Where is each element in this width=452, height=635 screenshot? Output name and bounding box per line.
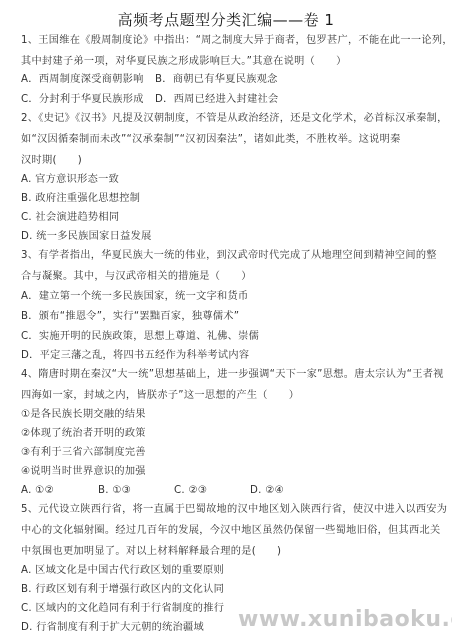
option-b[interactable]: B．商朝已有华夏民族观念 [155,73,278,87]
question-stem-line: 合与凝聚。其中，与汉武帝相关的措施是（ ） [21,270,252,284]
option-a[interactable]: A. 官方意识形态一致 [21,173,119,187]
option-d[interactable]: D．西周已经进入封建社会 [155,93,279,107]
document-title: 高频考点题型分类汇编——卷 1 [0,9,452,30]
option-c[interactable]: C. ②③ [174,484,207,498]
option-b[interactable]: B. ①③ [98,484,131,498]
document-page: 高频考点题型分类汇编——卷 1 1、王国维在《殷周制度论》中指出：“周之制度大异… [0,0,452,635]
question-stem-line: 中心的文化辐射圈。经过几百年的发展，今汉中地区虽然仍保留一些蜀地旧俗，但其西北关 [21,524,441,538]
statement-2: ②体现了统治者开明的政策 [21,427,146,441]
option-d[interactable]: D. 统一多民族国家日益发展 [21,230,152,244]
question-stem-line: 1、王国维在《殷周制度论》中指出：“周之制度大异于商者，包罗甚广，不能在此一一论… [21,34,452,48]
option-a[interactable]: A. ①② [21,484,54,498]
statement-3: ③有利于三省六部制度完善 [21,446,146,460]
option-c[interactable]: C. 社会演进趋势相同 [21,211,119,225]
question-stem-line: 如“汉因循秦制而未改”“汉承秦制”“汉初因秦法”，诸如此类，不胜枚举。这说明秦 [21,133,401,147]
option-c[interactable]: C．实施开明的民族政策，思想上尊道、礼佛、崇儒 [21,330,259,344]
option-a[interactable]: A. 区域文化是中国古代行政区划的重要原则 [21,564,224,578]
watermark: www.xunibaoku.com [238,607,452,632]
option-b[interactable]: B．颁布“推恩令”，实行“罢黜百家，独尊儒术” [21,310,239,324]
question-stem-line: 四海如一家，封域之内，皆朕赤子”这一思想的产生（ ） [21,389,299,403]
option-d[interactable]: D. ②④ [250,484,284,498]
question-stem-line: 汉时期( ) [21,154,82,168]
option-row: C．分封利于华夏民族形成 D．西周已经进入封建社会 [21,93,441,107]
question-stem-line: 5、元代设立陕西行省，将一直属于巴蜀故地的汉中地区划入陕西行省，使汉中进入以西安… [21,503,447,517]
option-b[interactable]: B. 行政区划有利于增强行政区内的文化认同 [21,583,224,597]
statement-1: ①是各民族长期交融的结果 [21,408,146,422]
option-d[interactable]: D．平定三藩之乱，将四书五经作为科举考试内容 [21,349,249,363]
option-b[interactable]: B. 政府注重强化思想控制 [21,192,140,206]
statement-4: ④说明当时世界意识的加强 [21,465,146,479]
question-stem-line: 4、隋唐时期在秦汉“大一统”思想基础上，进一步强调“天下一家”思想。唐太宗认为“… [21,368,444,382]
question-stem-line: 2、《史记》《汉书》凡提及汉朝制度，不管是从政治经济，还是文化学术，必首标汉承秦… [21,112,448,126]
option-c[interactable]: C．分封利于华夏民族形成 [21,93,144,107]
question-stem-line: 中氛围也更加明显了。对以上材料解释最合理的是( ) [21,545,281,559]
question-stem-line: 3、有学者指出，华夏民族大一统的伟业，到汉武帝时代完成了从地理空间到精神空间的整 [21,249,437,263]
option-d[interactable]: D. 行省制度有利于扩大元朝的统治疆域 [21,621,204,635]
option-row: A. ①② B. ①③ C. ②③ D. ②④ [21,484,441,498]
option-row: A．西周制度深受商朝影响 B．商朝已有华夏民族观念 [21,73,441,87]
option-a[interactable]: A．建立第一个统一多民族国家，统一文字和货币 [21,290,249,304]
option-a[interactable]: A．西周制度深受商朝影响 [21,73,144,87]
question-stem-line: 其中封建子弟一项，对华夏民族之形成影响巨大。”其意在说明（ ） [21,55,347,69]
option-c[interactable]: C. 区域内的文化趋同有利于行省制度的推行 [21,602,224,616]
